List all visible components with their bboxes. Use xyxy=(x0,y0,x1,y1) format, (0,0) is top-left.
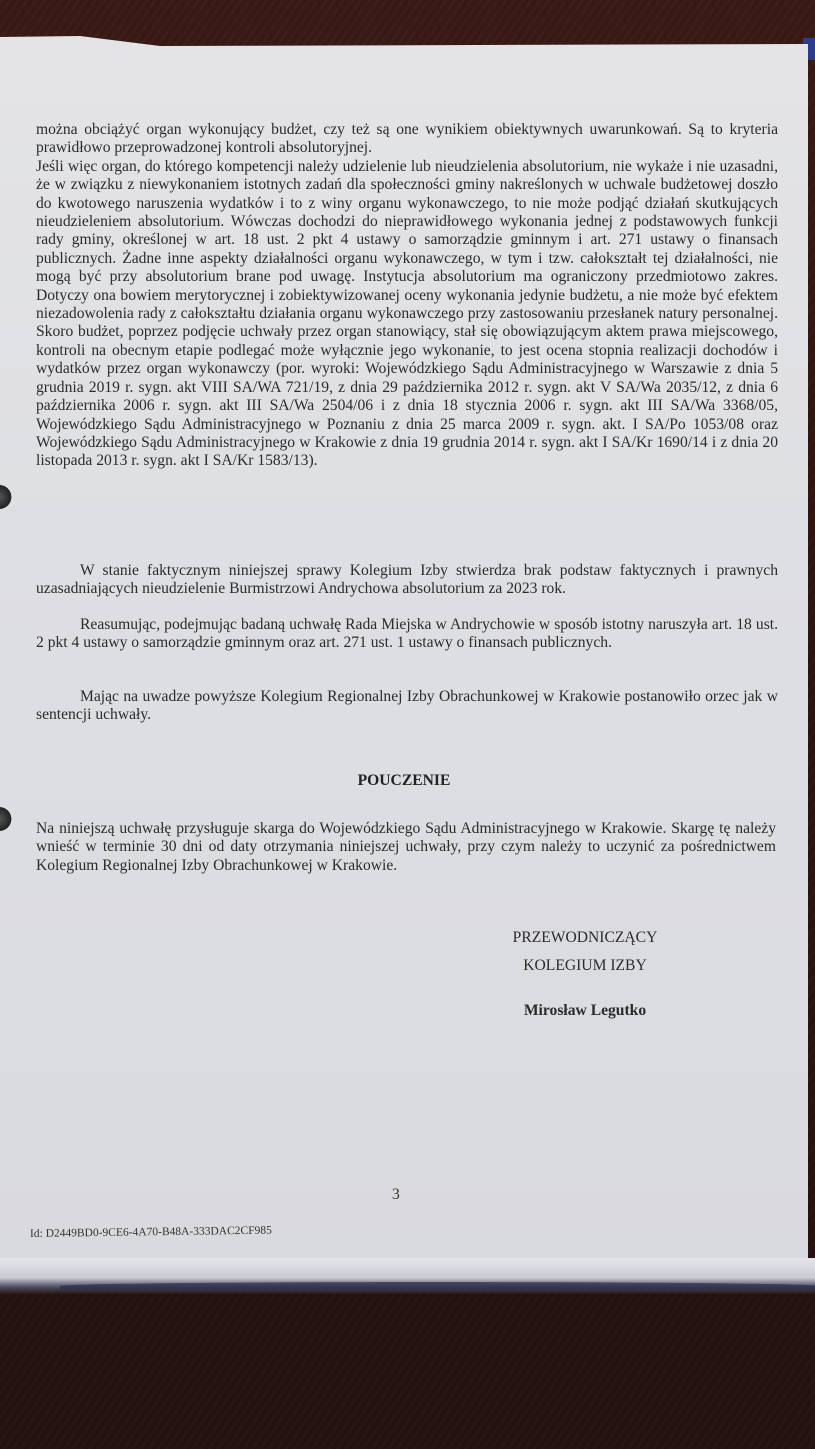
summary-paragraph: Reasumując, podejmując badaną uchwałę Ra… xyxy=(36,616,778,653)
body-paragraph-1: można obciążyć organ wykonujący budżet, … xyxy=(36,121,778,158)
punch-hole xyxy=(0,482,12,512)
signature-title-line-2: KOLEGIUM IZBY xyxy=(470,957,700,975)
conclusion-paragraph: W stanie faktycznym niniejszej sprawy Ko… xyxy=(36,562,778,599)
punch-hole xyxy=(0,804,12,834)
body-paragraph-2: Jeśli więc organ, do którego kompetencji… xyxy=(36,158,778,471)
document-page: można obciążyć organ wykonujący budżet, … xyxy=(0,36,808,1286)
page-number: 3 xyxy=(392,1186,400,1204)
decision-paragraph: Mając na uwadze powyższe Kolegium Region… xyxy=(36,688,778,725)
instruction-text: Na niniejszą uchwałę przysługuje skarga … xyxy=(36,820,776,875)
document-id: Id: D2449BD0-9CE6-4A70-B48A-333DAC2CF985 xyxy=(30,1225,272,1240)
paper-stack-shadow xyxy=(60,1282,815,1290)
justification-text: można obciążyć organ wykonujący budżet, … xyxy=(36,121,778,471)
signature-title-line-1: PRZEWODNICZĄCY xyxy=(470,929,700,947)
signature-name: Mirosław Legutko xyxy=(470,1002,700,1020)
instruction-heading: POUCZENIE xyxy=(0,772,808,790)
